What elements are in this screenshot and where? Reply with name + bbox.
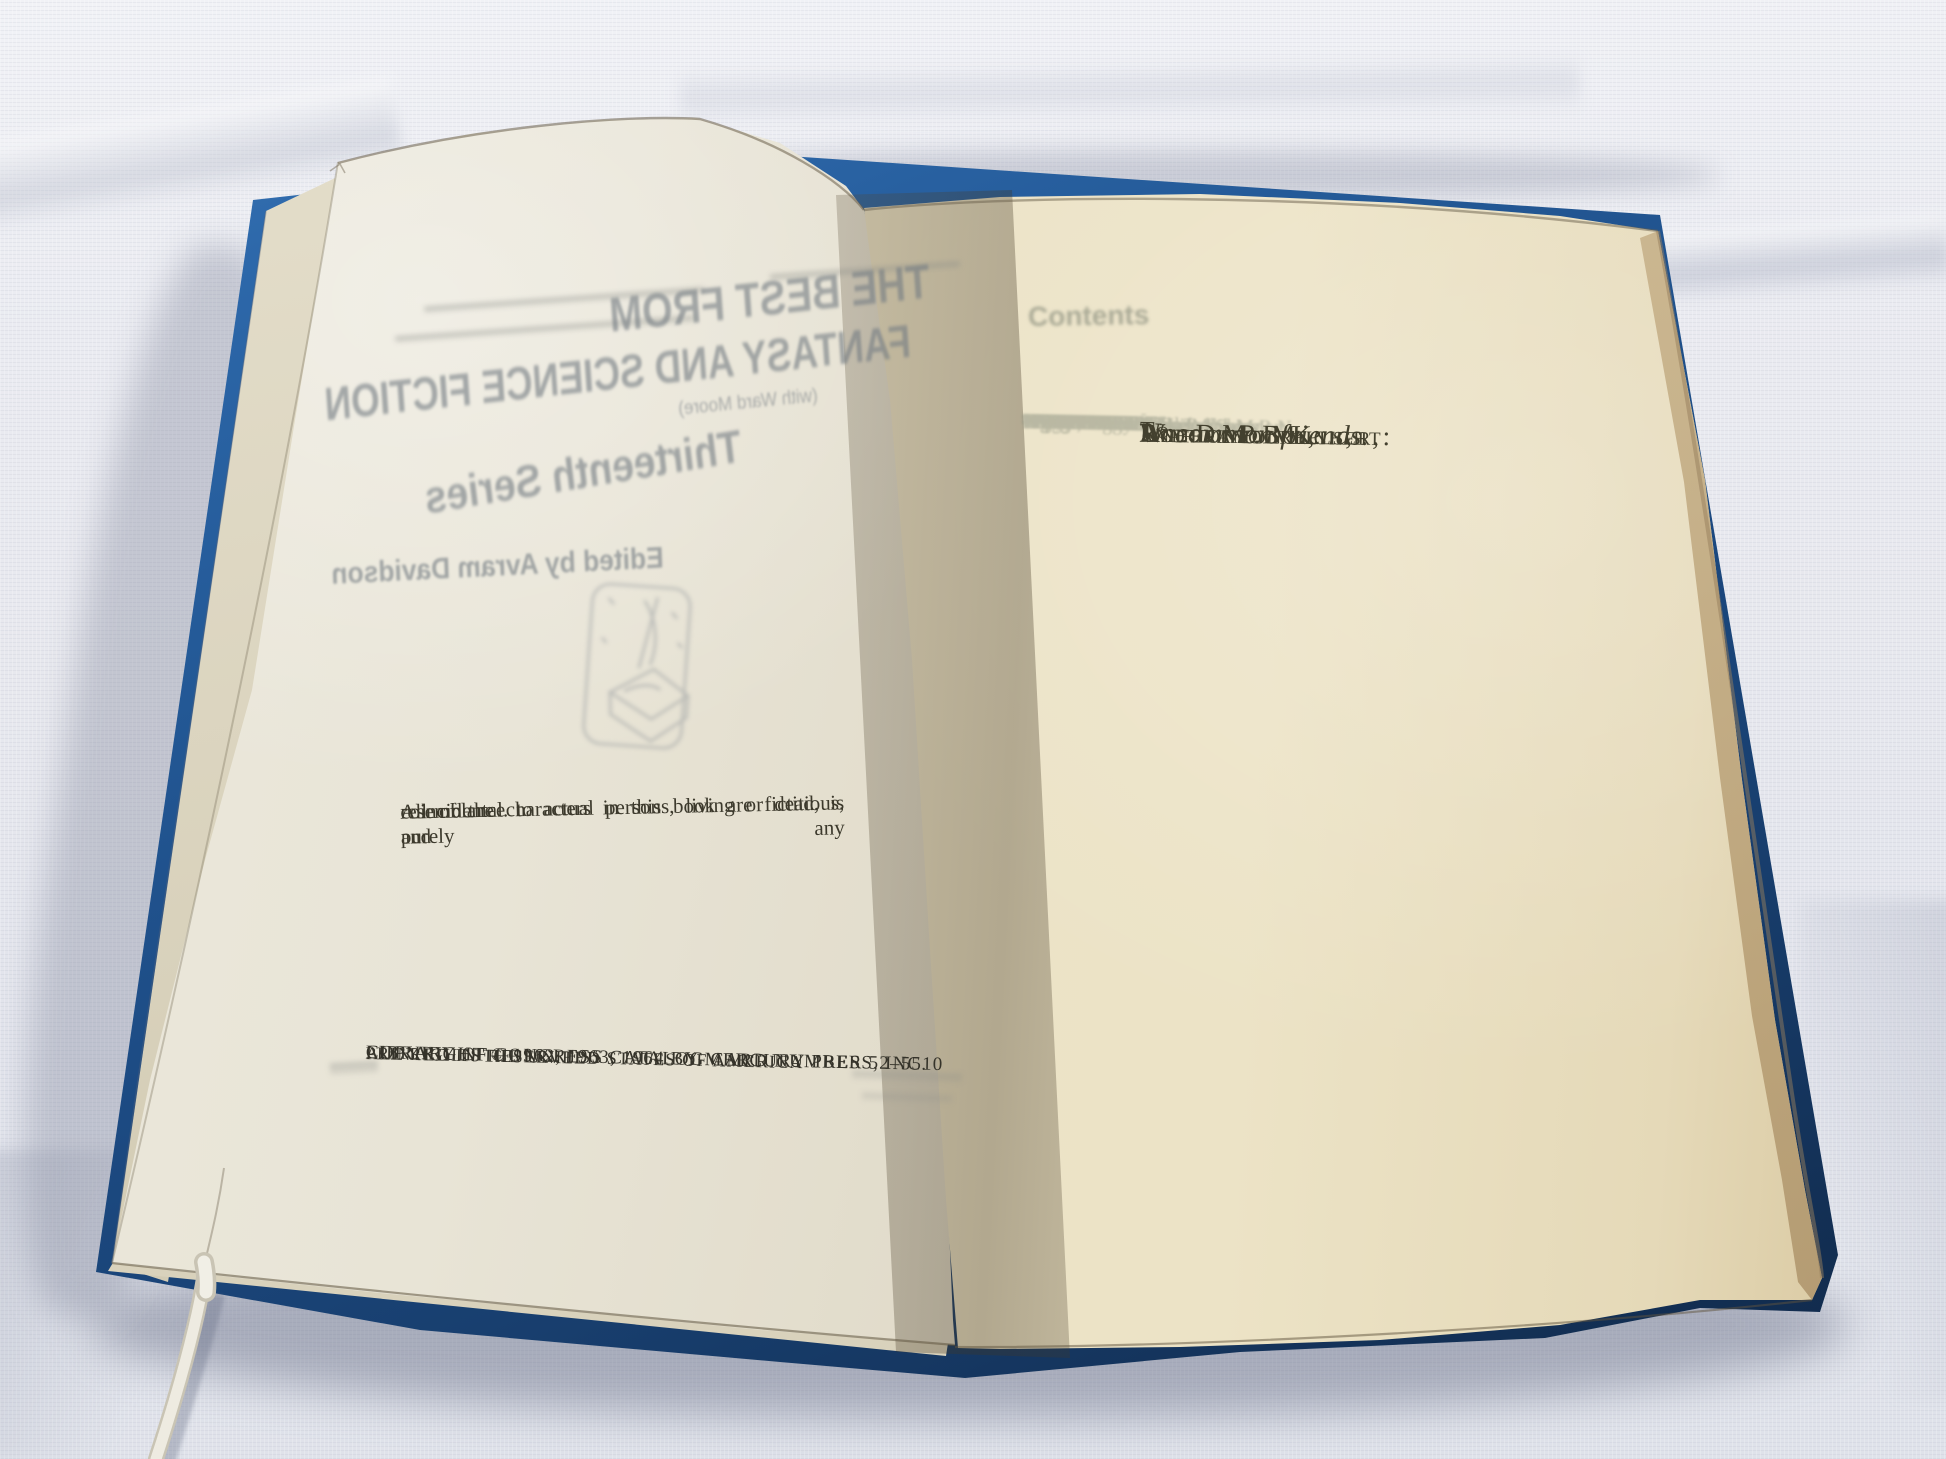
bookmark-cord xyxy=(156,1262,216,1459)
page-crease-line xyxy=(205,1168,224,1262)
page-edge-lines xyxy=(112,118,1822,1347)
photo-detail-overlay xyxy=(0,0,1946,1459)
photo-open-book: THE BEST FROM FANTASY AND SCIENCE FICTIO… xyxy=(0,0,1946,1459)
ghost-emblem-icon xyxy=(582,583,695,750)
